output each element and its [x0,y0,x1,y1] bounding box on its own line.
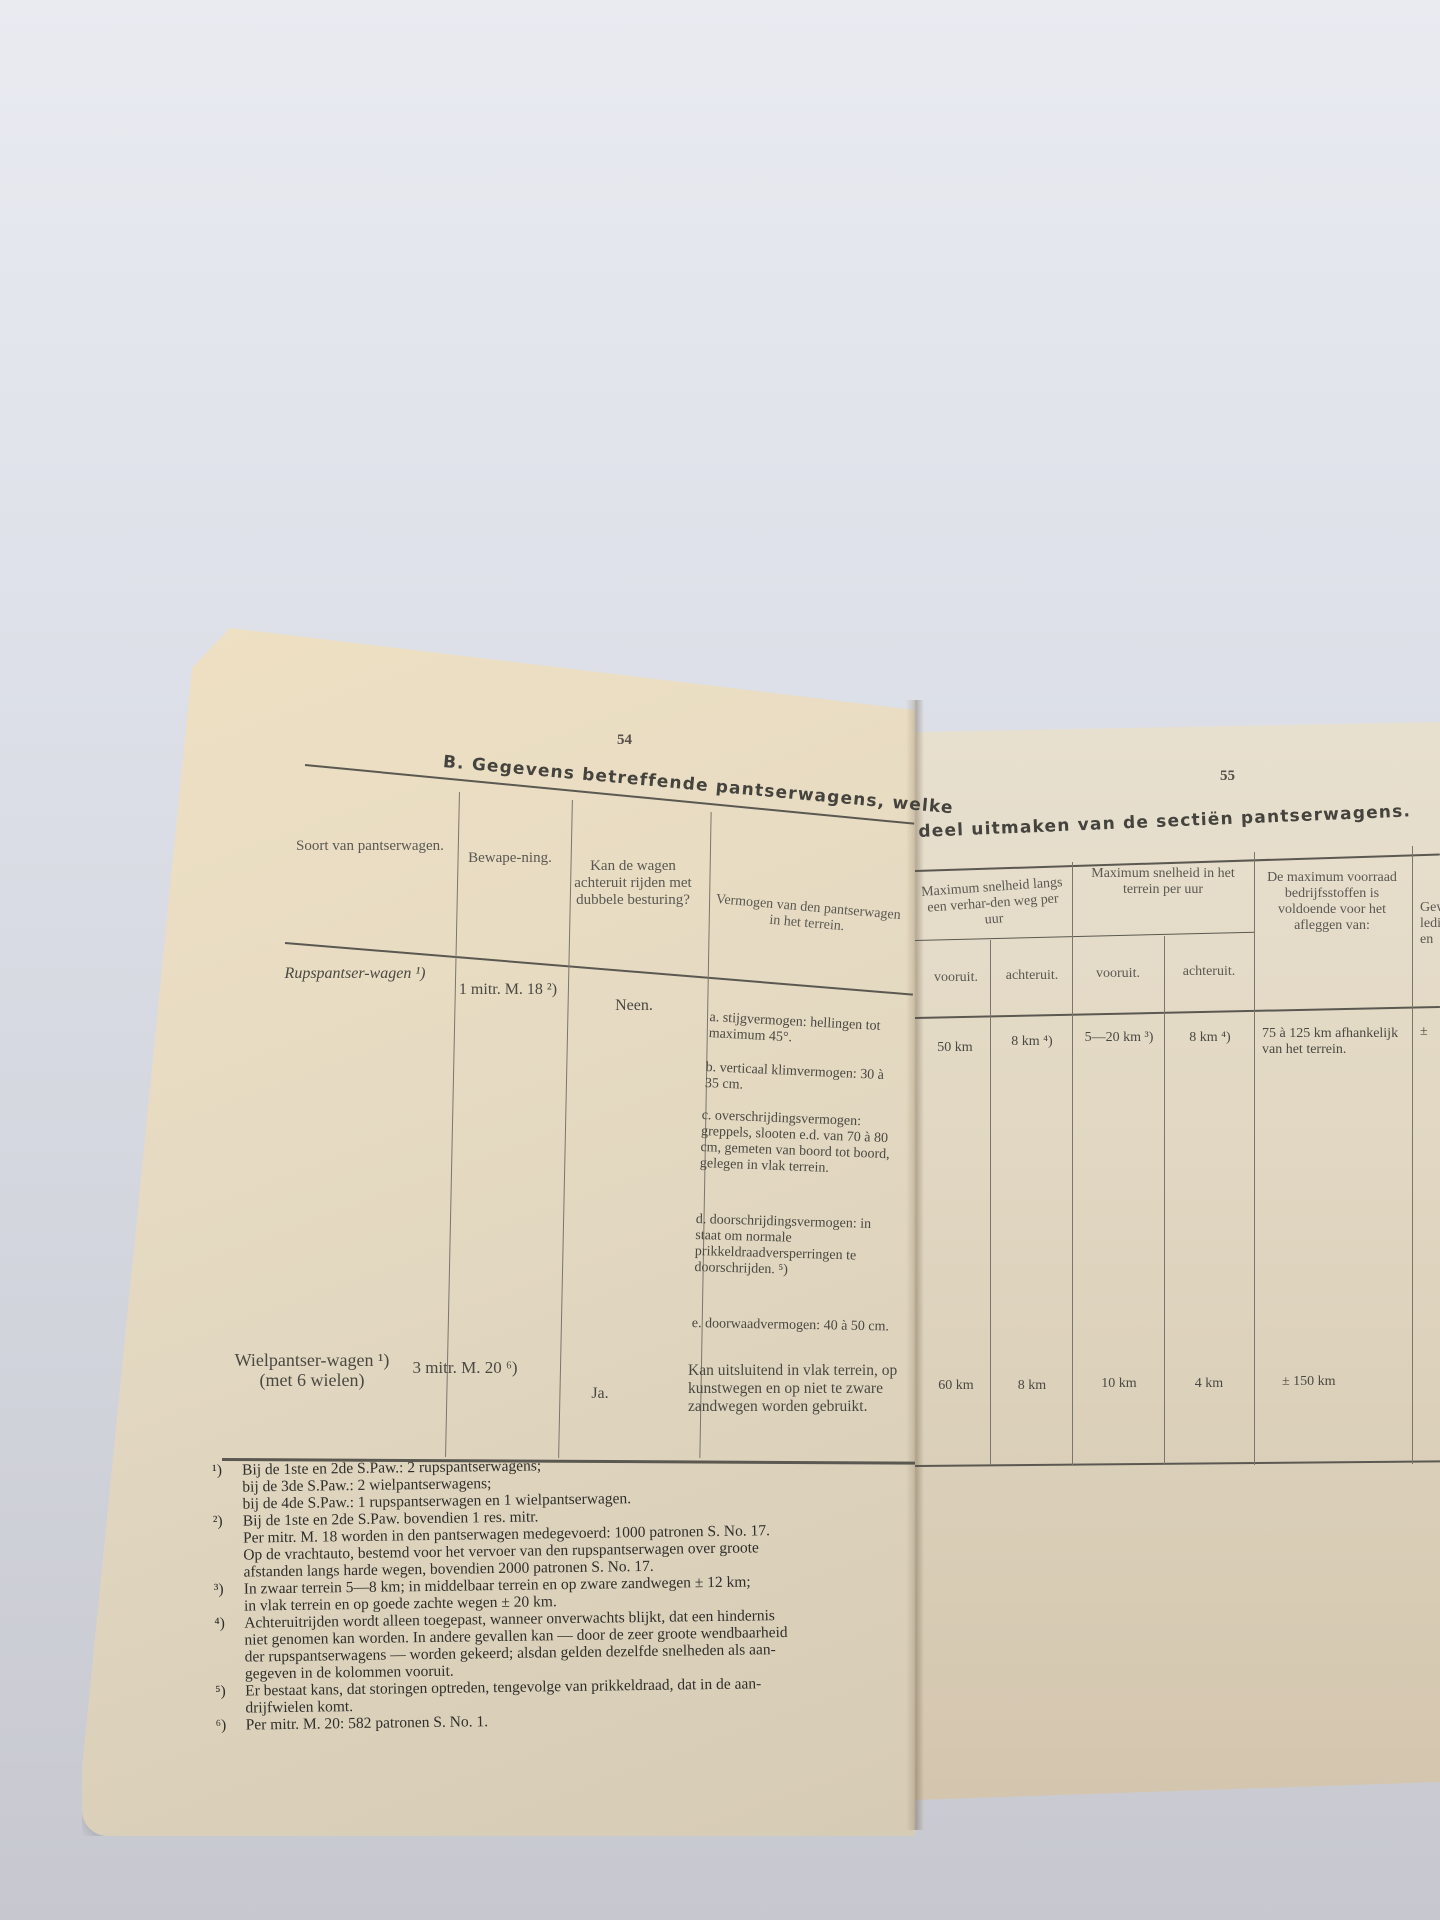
row2-terrein-vooruit: 10 km [1076,1376,1162,1392]
footnote-2: ²) Bij de 1ste en 2de S.Paw. bovendien 1… [213,1503,914,1581]
column-divider [990,940,991,1465]
row2-vermogen: Kan uitsluitend in vlak terrein, op kuns… [688,1362,902,1416]
row2-voorraad: ± 150 km [1282,1374,1408,1390]
row1-weg-achteruit: 8 km ⁴) [994,1034,1070,1050]
column-divider [1254,852,1255,1465]
footnote-mark: ⁴) [214,1615,245,1683]
subheader-achteruit-weg: achteruit. [994,968,1070,984]
footnote-4: ⁴) Achteruitrijden wordt alleen toegepas… [214,1605,915,1683]
footnote-mark: ⁵) [215,1683,245,1717]
row1-vermogen-d: d. doorschrijdingsvermogen: in staat om … [694,1212,898,1282]
row2-terrein-achteruit: 4 km [1166,1376,1252,1392]
header-soort: Soort van pantserwagen. [290,838,450,855]
row1-soort: Rupspantser-wagen ¹) [270,964,440,983]
row1-voorraad: 75 à 125 km afhankelijk van het terrein. [1262,1026,1408,1058]
row1-vermogen-c: c. overschrijdingsvermogen: greppels, sl… [700,1108,900,1180]
column-divider [1164,936,1165,1465]
row1-terrein-achteruit: 8 km ⁴) [1168,1030,1252,1046]
subheader-vooruit-weg: vooruit. [922,970,990,986]
subheader-achteruit-terrein: achteruit. [1166,964,1252,980]
page-number-right: 55 [1220,768,1235,785]
header-achteruit: Kan de wagen achteruit rijden met dubbel… [566,858,700,909]
column-divider [1072,862,1073,1465]
header-voorraad: De maximum voorraad bedrijfsstoffen is v… [1256,870,1408,934]
footnote-mark: ³) [214,1581,244,1615]
row1-cutoff: ± [1420,1024,1440,1040]
header-snelheid-terrein: Maximum snelheid in het terrein per uur [1074,866,1252,898]
column-divider [1412,846,1413,1464]
row2-weg-achteruit: 8 km [994,1378,1070,1394]
open-book: 54 55 B. Gegevens betreffende pantserwag… [0,0,1440,1920]
header-bewapening: Bewape-ning. [460,850,560,867]
row2-weg-vooruit: 60 km [922,1378,990,1394]
page-number-left: 54 [617,732,632,749]
row1-weg-vooruit: 50 km [922,1040,988,1056]
footnotes: ¹) Bij de 1ste en 2de S.Paw.: 2 rupspant… [212,1452,916,1734]
row2-soort: Wielpantser-wagen ¹) (met 6 wielen) [222,1350,402,1390]
footnote-mark: ¹) [212,1462,243,1513]
row1-bewapening: 1 mitr. M. 18 ²) [458,980,558,999]
row2-bewapening: 3 mitr. M. 20 ⁶) [410,1358,520,1377]
subheader-vooruit-terrein: vooruit. [1074,966,1162,982]
header-cutoff: Gew. ledig en [1420,900,1440,948]
footnote-mark: ⁶) [216,1717,246,1734]
row1-achteruit: Neen. [566,996,702,1015]
row1-terrein-vooruit: 5—20 km ³) [1080,1030,1158,1046]
footnote-mark: ²) [213,1513,244,1581]
row2-achteruit: Ja. [540,1384,660,1403]
